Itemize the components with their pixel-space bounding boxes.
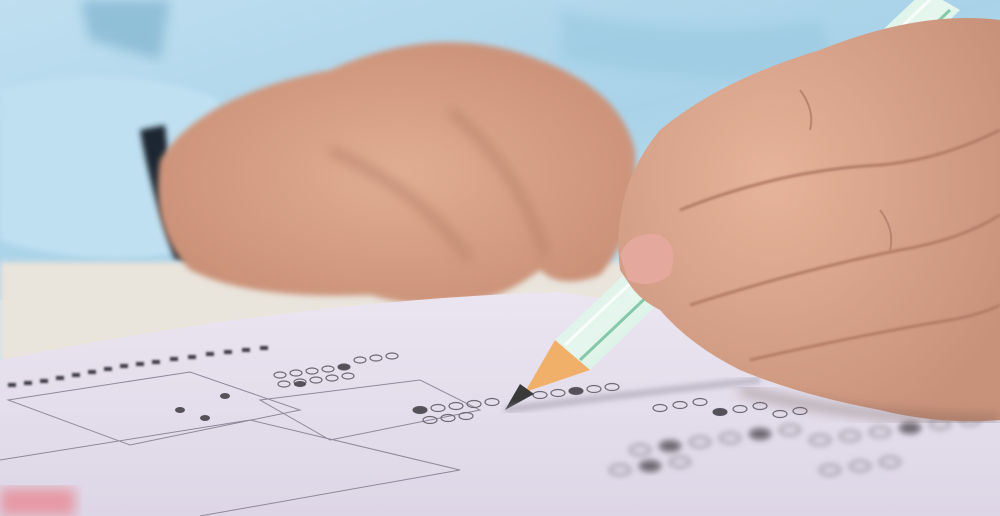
photo-illustration — [0, 0, 1000, 516]
photo-scene: Student in light blue shirt marking answ… — [0, 0, 1000, 516]
pink-eraser — [0, 488, 75, 516]
